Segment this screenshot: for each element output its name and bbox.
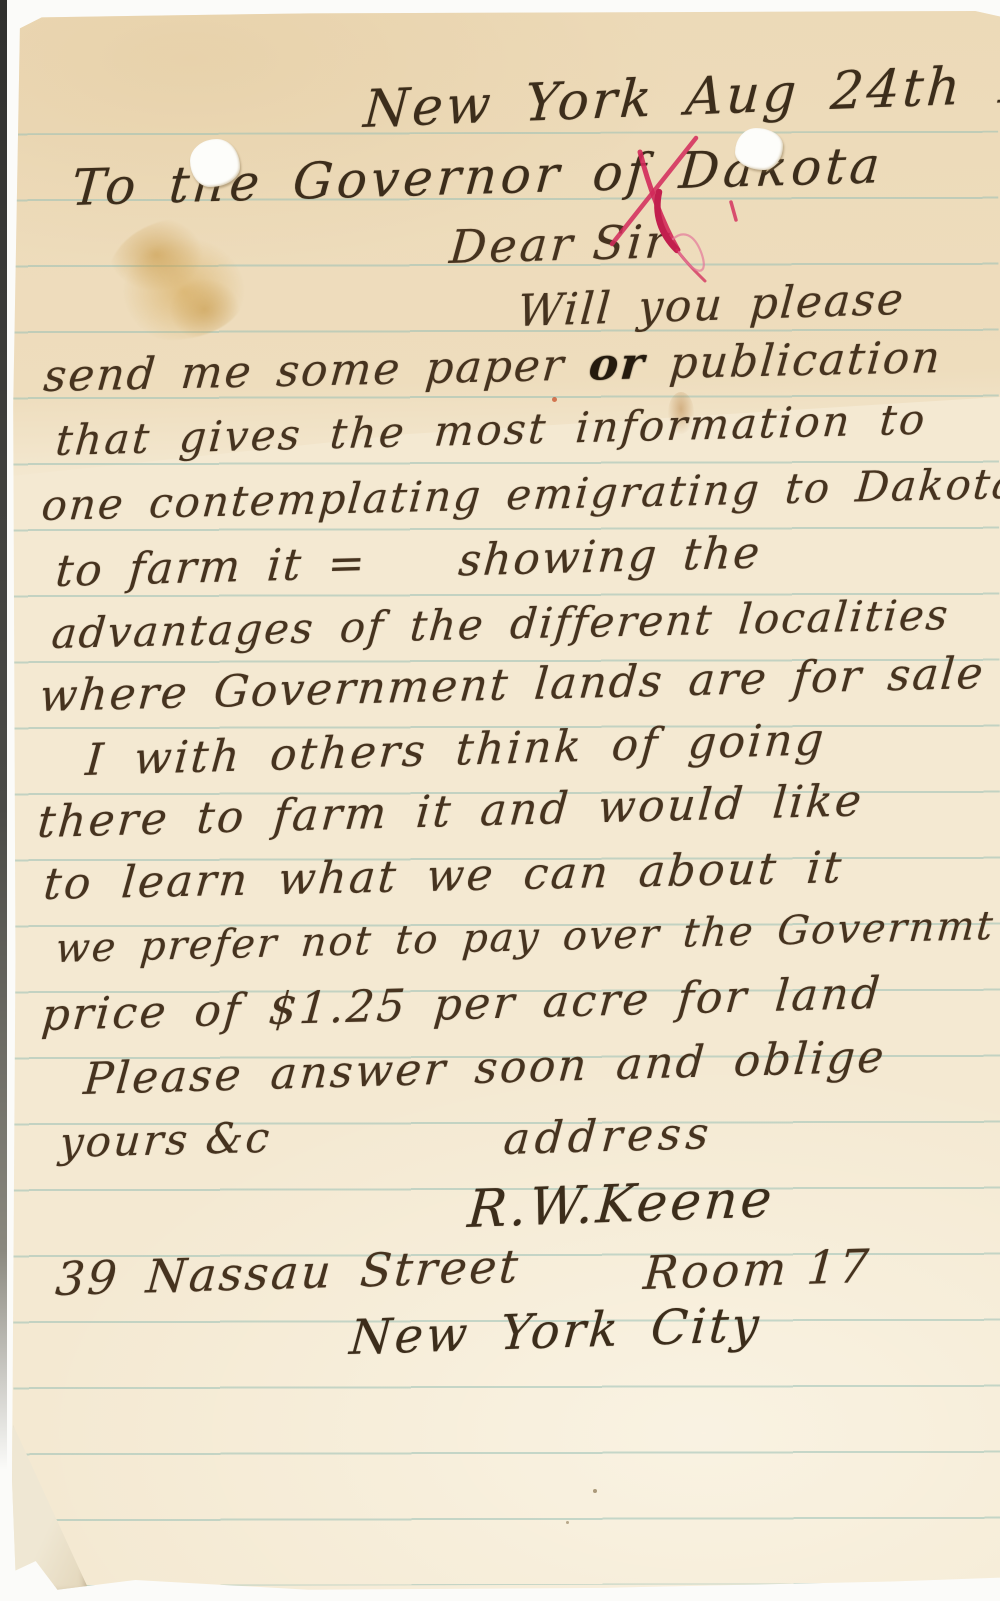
red-annotation-mark <box>604 134 749 306</box>
paper-speck <box>593 1489 597 1493</box>
body-text-segment: showing the <box>457 527 764 586</box>
paper-speck <box>566 1521 569 1524</box>
letter-line-yours: yours &c <box>58 1117 273 1164</box>
scanner-edge-shadow <box>0 0 7 1470</box>
paper-speck <box>552 397 557 402</box>
body-text-segment: publication <box>667 332 944 389</box>
body-text-segment: to farm it = <box>54 538 369 597</box>
paper-stain <box>108 218 246 340</box>
letter-line-room: Room 17 <box>642 1243 873 1296</box>
paper-hole <box>190 139 240 187</box>
letter-line-address-label: address <box>502 1112 715 1162</box>
letter-line-street: 39 Nassau Street <box>54 1243 522 1302</box>
signature: R.W.Keene <box>466 1173 776 1236</box>
retraced-word: or <box>587 338 648 390</box>
letter-line-city: New York City <box>348 1301 763 1362</box>
